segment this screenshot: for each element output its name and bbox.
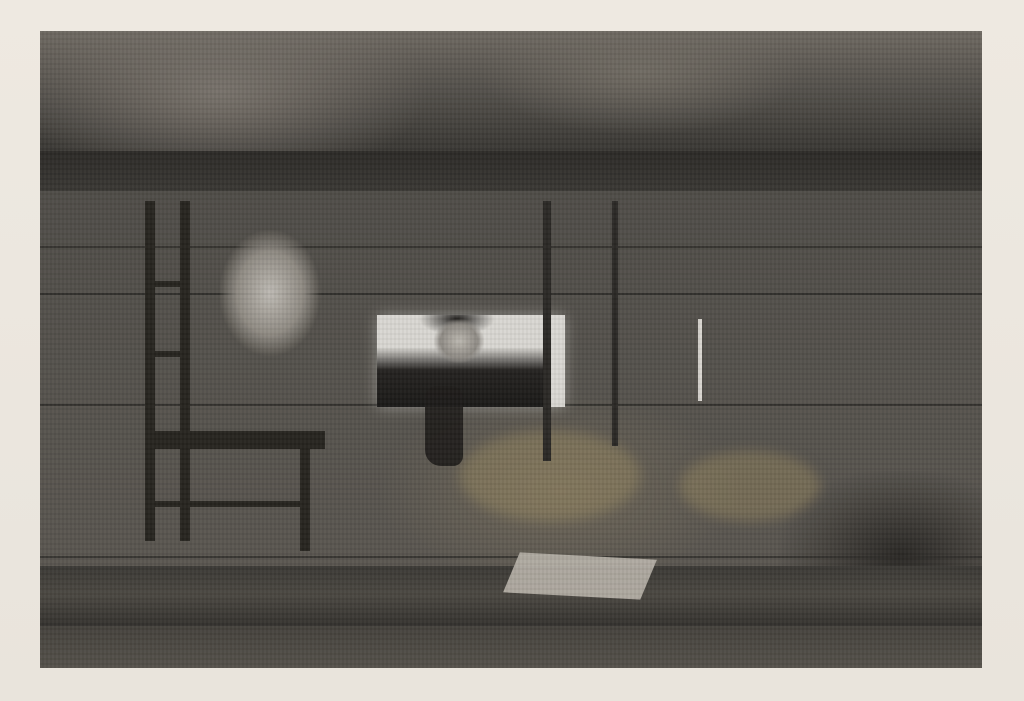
- image-description: A young man peers through a rectangular …: [0, 0, 1, 1]
- photo-print: [40, 31, 982, 668]
- film-grain: [40, 31, 982, 668]
